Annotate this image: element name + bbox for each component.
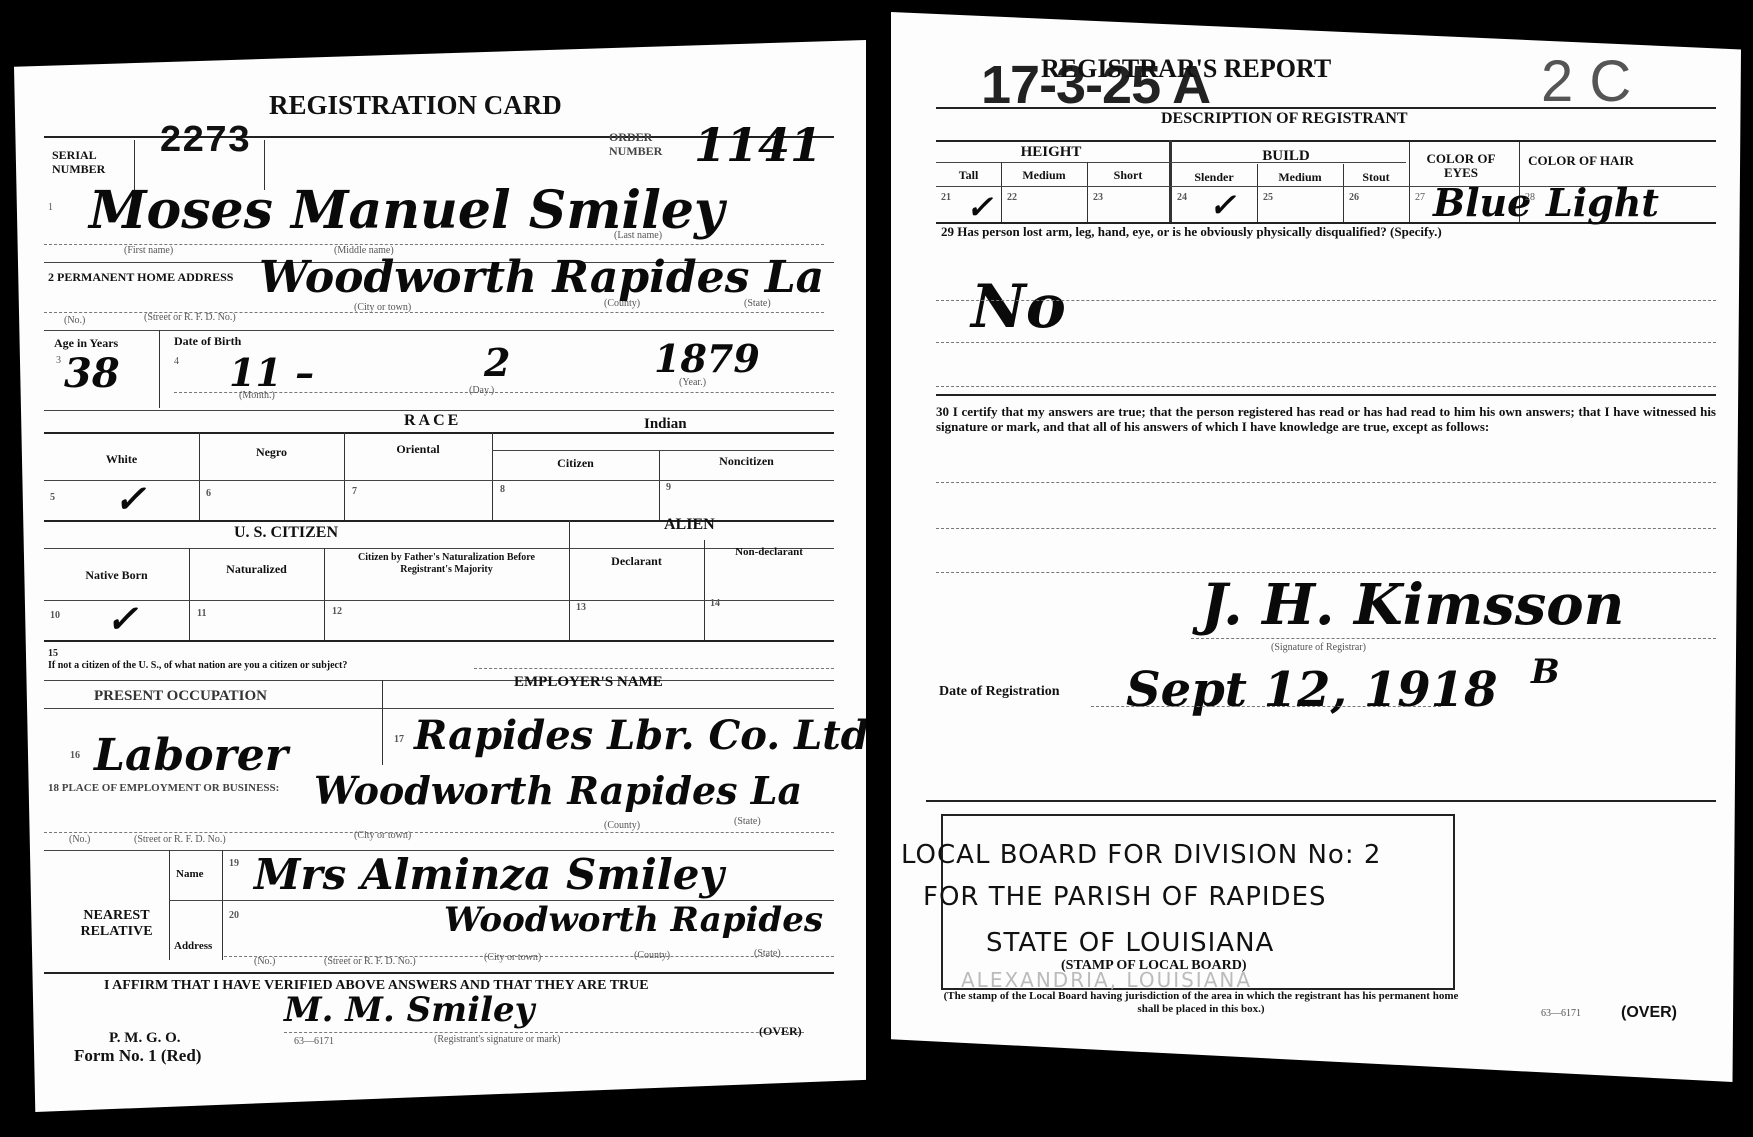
race-white-checkmark: ✓ [114,476,146,521]
field-number: 11 [197,608,206,619]
relative-address-label: Address [174,940,212,952]
build-stout-label: Stout [1343,170,1409,185]
field-number: 22 [1007,192,1017,203]
date-of-registration-value: Sept 12, 1918 [1126,662,1497,718]
field-number: 27 [1415,192,1425,203]
over-label: (OVER) [759,1024,802,1039]
card-title: REGISTRATION CARD [269,90,562,121]
height-medium-label: Medium [1001,168,1087,183]
pmgo-label: P. M. G. O. [109,1030,181,1047]
registrar-signature-label: (Signature of Registrar) [1271,642,1366,653]
dob-label: Date of Birth [174,334,241,349]
relative-state-label: (State) [754,948,781,959]
month-label: (Month.) [239,390,275,401]
last-name-label: (Last name) [614,230,662,241]
place-county-label: (County) [604,820,640,831]
occupation-label: PRESENT OCCUPATION [94,688,267,705]
registrant-signature: M. M. Smiley [284,990,534,1030]
alien-heading: ALIEN [664,516,715,534]
form-code: 63—6171 [294,1036,334,1047]
native-born-label: Native Born [44,568,189,583]
nearest-relative-label: NEAREST RELATIVE [74,908,159,940]
build-slender-label: Slender [1171,170,1257,185]
race-white-label: White [44,452,199,467]
height-short-label: Short [1087,168,1169,183]
order-number-label: ORDER NUMBER [609,130,689,158]
addr-city-label: (City or town) [354,302,411,313]
field-number: 12 [332,606,342,617]
field-number: 28 [1525,192,1535,203]
race-heading: RACE [404,412,461,430]
addr-county-label: (County) [604,298,640,309]
description-heading: DESCRIPTION OF REGISTRANT [1161,110,1408,128]
home-address-label: 2 PERMANENT HOME ADDRESS [48,270,233,285]
us-citizen-heading: U. S. CITIZEN [234,524,338,542]
native-born-checkmark: ✓ [106,596,138,641]
stamp-instructions: (The stamp of the Local Board having jur… [936,990,1466,1016]
signature-label: (Registrant's signature or mark) [434,1034,561,1045]
form-number-label: Form No. 1 (Red) [74,1046,201,1066]
nationality-question: If not a citizen of the U. S., of what n… [48,660,347,671]
date-of-registration-label: Date of Registration [939,684,1060,700]
hair-color-heading: COLOR OF HAIR [1521,154,1641,168]
stamp-line-2: FOR THE PARISH OF RAPIDES [923,882,1327,912]
field-number: 9 [666,482,671,493]
field-number: 20 [229,910,239,921]
registrars-report-card: 17-3-25 A REGISTRAR'S REPORT 2 C DESCRIP… [891,12,1741,1082]
registrar-signature: J. H. Kimsson [1201,572,1624,638]
relative-no-label: (No.) [254,956,275,967]
day-label: (Day.) [469,385,494,396]
field-number: 6 [206,488,211,499]
field-number: 16 [70,750,80,761]
dob-year: 1879 [654,336,760,381]
race-negro-label: Negro [199,445,344,460]
field-number: 25 [1263,192,1273,203]
field-number: 3 [56,355,61,366]
field-number: 26 [1349,192,1359,203]
relative-street-label: (Street or R. F. D. No.) [324,956,416,967]
overlay-stamp-suffix: 2 C [1541,48,1631,115]
relative-name-value: Mrs Alminza Smiley [254,850,724,899]
non-declarant-label: Non-declarant [704,546,834,559]
eye-color-value: Blue [1433,180,1531,225]
field-number: 19 [229,858,239,869]
addr-state-label: (State) [744,298,771,309]
age-label: Age in Years [54,336,118,351]
place-street-label: (Street or R. F. D. No.) [134,834,226,845]
field-number: 10 [50,610,60,621]
serial-number-label: SERIAL NUMBER [52,148,132,176]
field-number: 15 [48,648,58,659]
place-of-employment-value: Woodworth Rapides La [314,768,802,813]
registration-card: REGISTRATION CARD SERIAL NUMBER 2273 ORD… [14,40,866,1112]
field-number: 13 [576,602,586,613]
field-number: 4 [174,356,179,367]
year-label: (Year.) [679,377,706,388]
stamp-line-1: LOCAL BOARD FOR DIVISION No: 2 [901,840,1381,870]
serial-number: 2273 [159,120,250,163]
field-number: 7 [352,486,357,497]
age-value: 38 [64,350,120,397]
height-heading: HEIGHT [936,144,1166,161]
report-title: REGISTRAR'S REPORT [1041,54,1331,84]
order-number: 1141 [694,118,822,172]
hair-color-value: Light [1546,180,1659,225]
race-indian-noncitizen-label: Noncitizen [659,454,834,469]
eye-color-heading: COLOR OF EYES [1411,152,1511,180]
question-29: 29 Has person lost arm, leg, hand, eye, … [941,224,1711,239]
employer-value: Rapides Lbr. Co. Ltd. [414,712,883,759]
addr-no-label: (No.) [64,315,85,326]
relative-address-value: Woodworth Rapides [444,900,823,940]
place-of-employment-label: 18 PLACE OF EMPLOYMENT OR BUSINESS: [48,782,279,794]
declarant-label: Declarant [569,554,704,569]
field-number: 21 [941,192,951,203]
height-tall-checkmark: ✓ [966,188,993,226]
field-number: 8 [500,484,505,495]
relative-county-label: (County) [634,950,670,961]
race-indian-citizen-label: Citizen [492,456,659,471]
registrar-mark: B [1531,652,1560,692]
field-number: 17 [394,734,404,745]
field-number: 14 [710,598,720,609]
field-number: 5 [50,492,55,503]
home-address: Woodworth Rapides La [259,252,824,303]
first-name-label: (First name) [124,245,173,256]
form-code: 63—6171 [1541,1008,1581,1019]
occupation-value: Laborer [94,730,288,781]
naturalized-label: Naturalized [189,562,324,577]
place-state-label: (State) [734,816,761,827]
dob-month: 11 – [229,350,314,395]
field-number: 1 [48,202,53,213]
field-number: 24 [1177,192,1187,203]
stamp-line-4: ALEXANDRIA, LOUISIANA [961,968,1252,992]
race-oriental-label: Oriental [344,442,492,457]
question-29-answer: No [971,272,1066,342]
build-medium-label: Medium [1257,170,1343,185]
indian-heading: Indian [644,416,687,433]
over-label: (OVER) [1621,1004,1677,1022]
addr-street-label: (Street or R. F. D. No.) [144,312,236,323]
relative-city-label: (City or town) [484,952,541,963]
place-no-label: (No.) [69,834,90,845]
dob-day: 2 [484,340,510,385]
field-number: 23 [1093,192,1103,203]
citizen-by-father-label: Citizen by Father's Naturalization Befor… [334,552,559,576]
relative-name-label: Name [176,868,204,880]
stamp-line-3: STATE OF LOUISIANA [986,928,1274,958]
place-city-label: (City or town) [354,830,411,841]
build-slender-checkmark: ✓ [1209,186,1236,224]
certification-text: 30 I certify that my answers are true; t… [936,404,1716,434]
height-tall-label: Tall [936,168,1001,183]
employer-label: EMPLOYER'S NAME [514,674,663,691]
